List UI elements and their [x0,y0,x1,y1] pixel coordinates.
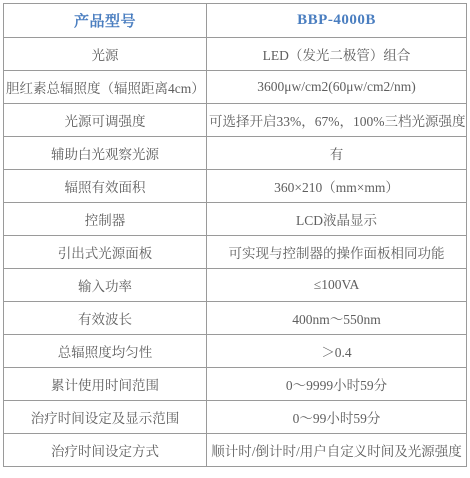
table-row: 辐照有效面积360×210（mm×mm） [4,170,467,203]
spec-value-cell: LED（发光二极管）组合 [207,38,467,71]
spec-label-cell: 累计使用时间范围 [4,368,207,401]
spec-label-cell: 有效波长 [4,302,207,335]
table-row: 治疗时间设定方式顺计时/倒计时/用户自定义时间及光源强度 [4,434,467,467]
spec-value-cell: 400nm～550nm [207,302,467,335]
table-row: 有效波长400nm～550nm [4,302,467,335]
spec-value-cell: 有 [207,137,467,170]
spec-value-cell: 可选择开启33%，67%，100%三档光源强度 [207,104,467,137]
spec-value-cell: 可实现与控制器的操作面板相同功能 [207,236,467,269]
spec-label-cell: 输入功率 [4,269,207,302]
table-row: 光源可调强度可选择开启33%，67%，100%三档光源强度 [4,104,467,137]
product-spec-table: 产品型号 BBP-4000B 光源LED（发光二极管）组合胆红素总辐照度（辐照距… [3,3,467,467]
table-row: 引出式光源面板可实现与控制器的操作面板相同功能 [4,236,467,269]
spec-label-cell: 光源可调强度 [4,104,207,137]
spec-label-cell: 控制器 [4,203,207,236]
spec-label-cell: 胆红素总辐照度（辐照距离4cm） [4,71,207,104]
spec-label-cell: 辅助白光观察光源 [4,137,207,170]
spec-value-cell: 360×210（mm×mm） [207,170,467,203]
table-row: 治疗时间设定及显示范围0～99小时59分 [4,401,467,434]
spec-label-cell: 总辐照度均匀性 [4,335,207,368]
table-row: 辅助白光观察光源有 [4,137,467,170]
spec-value-cell: 0～99小时59分 [207,401,467,434]
spec-label-cell: 引出式光源面板 [4,236,207,269]
table-row: 输入功率≤100VA [4,269,467,302]
table-row: 光源LED（发光二极管）组合 [4,38,467,71]
header-parameter-label: 产品型号 [4,4,207,38]
table-row: 总辐照度均匀性＞0.4 [4,335,467,368]
header-model-value: BBP-4000B [207,4,467,38]
spec-value-cell: LCD液晶显示 [207,203,467,236]
spec-label-cell: 治疗时间设定及显示范围 [4,401,207,434]
spec-value-cell: 0～9999小时59分 [207,368,467,401]
spec-value-cell: ≤100VA [207,269,467,302]
spec-label-cell: 治疗时间设定方式 [4,434,207,467]
spec-value-cell: 3600μw/cm2(60μw/cm2/nm) [207,71,467,104]
table-row: 胆红素总辐照度（辐照距离4cm）3600μw/cm2(60μw/cm2/nm) [4,71,467,104]
spec-value-cell: 顺计时/倒计时/用户自定义时间及光源强度 [207,434,467,467]
table-row: 累计使用时间范围0～9999小时59分 [4,368,467,401]
spec-label-cell: 辐照有效面积 [4,170,207,203]
spec-value-cell: ＞0.4 [207,335,467,368]
table-header-row: 产品型号 BBP-4000B [4,4,467,38]
spec-sheet: 产品型号 BBP-4000B 光源LED（发光二极管）组合胆红素总辐照度（辐照距… [0,0,470,467]
table-row: 控制器LCD液晶显示 [4,203,467,236]
spec-label-cell: 光源 [4,38,207,71]
